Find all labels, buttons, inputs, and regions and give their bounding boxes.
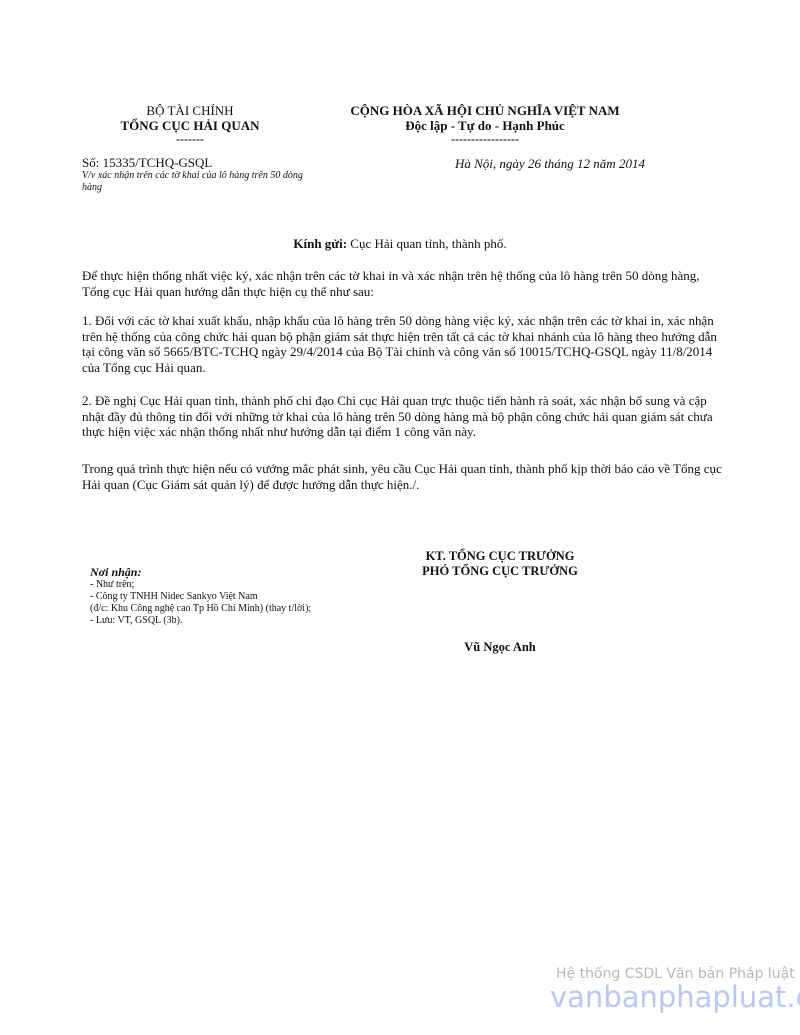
national-header: CỘNG HÒA XÃ HỘI CHỦ NGHĨA VIỆT NAM Độc l… (320, 103, 650, 145)
agency-name: TỔNG CỤC HẢI QUAN (90, 118, 290, 133)
paragraph-item-1: 1. Đối với các tờ khai xuất khẩu, nhập k… (82, 313, 722, 375)
list-item: - Lưu: VT, GSQL (3b). (90, 615, 390, 627)
signer-authority: KT. TỔNG CỤC TRƯỞNG (380, 549, 620, 564)
paragraph-item-2: 2. Đề nghị Cục Hải quan tỉnh, thành phố … (82, 393, 722, 440)
intro-paragraph: Để thực hiện thống nhất việc ký, xác nhậ… (82, 268, 722, 299)
document-date: Hà Nội, ngày 26 tháng 12 năm 2014 (455, 156, 645, 171)
recipients-list: Nơi nhận: - Như trên; - Công ty TNHH Nid… (90, 565, 390, 627)
watermark-site-link[interactable]: vanbanphapluat.co (550, 980, 800, 1014)
signer-title: PHÓ TỔNG CỤC TRƯỞNG (380, 564, 620, 579)
header-divider-right: ----------------- (320, 133, 650, 145)
country-name: CỘNG HÒA XÃ HỘI CHỦ NGHĨA VIỆT NAM (320, 103, 650, 118)
issuing-agency-header: BỘ TÀI CHÍNH TỔNG CỤC HẢI QUAN ------- (90, 103, 290, 145)
addressee-label: Kính gửi: (293, 236, 347, 251)
ministry-name: BỘ TÀI CHÍNH (90, 103, 290, 118)
signature-block: KT. TỔNG CỤC TRƯỞNG PHÓ TỔNG CỤC TRƯỞNG (380, 549, 620, 579)
signer-name: Vũ Ngọc Anh (380, 640, 620, 655)
document-subject: V/v xác nhận trên các tờ khai của lô hàn… (82, 170, 322, 194)
addressee-line: Kính gửi: Cục Hải quan tỉnh, thành phố. (0, 236, 800, 252)
list-item: - Công ty TNHH Nidec Sankyo Việt Nam (90, 591, 390, 603)
header-divider-left: ------- (90, 133, 290, 145)
closing-paragraph: Trong quá trình thực hiện nếu có vướng m… (82, 461, 722, 492)
addressee-value: Cục Hải quan tỉnh, thành phố. (347, 236, 507, 251)
national-motto: Độc lập - Tự do - Hạnh Phúc (320, 118, 650, 133)
document-number: Số: 15335/TCHQ-GSQL (82, 155, 212, 170)
recipients-title: Nơi nhận: (90, 565, 390, 579)
list-item: (đ/c: Khu Công nghệ cao Tp Hồ Chí Minh) … (90, 603, 390, 615)
list-item: - Như trên; (90, 579, 390, 591)
